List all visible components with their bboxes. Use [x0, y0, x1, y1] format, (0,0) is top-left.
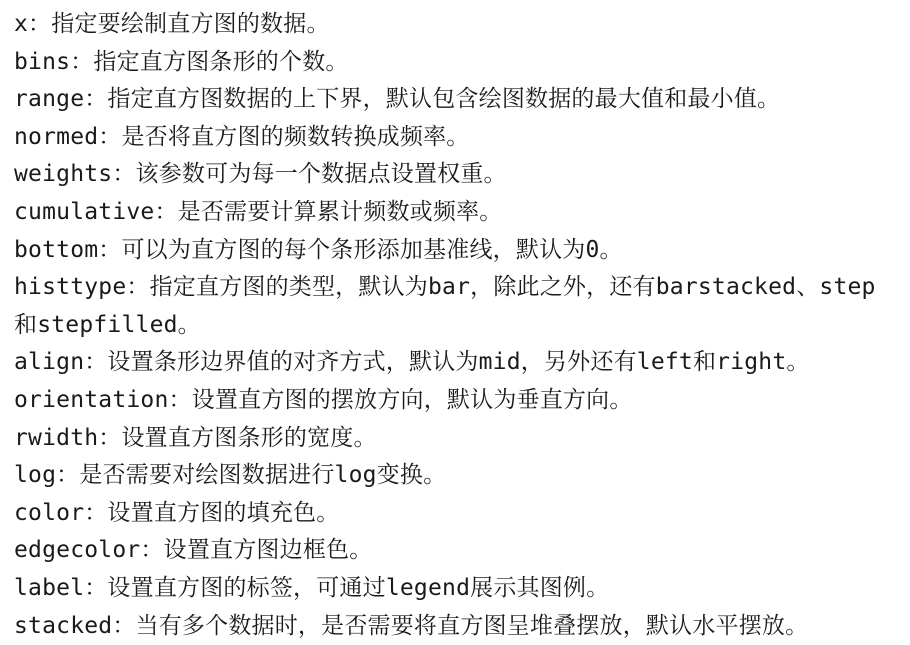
param-line-histtype-cont: 和stepfilled。	[14, 307, 900, 345]
param-line-align: align：设置条形边界值的对齐方式，默认为mid，另外还有left和right…	[14, 344, 900, 382]
document: x：指定要绘制直方图的数据。 bins：指定直方图条形的个数。 range：指定…	[0, 0, 910, 645]
param-line-cumulative: cumulative：是否需要计算累计频数或频率。	[14, 194, 900, 232]
param-line-histtype: histtype：指定直方图的类型，默认为bar，除此之外，还有barstack…	[14, 269, 900, 307]
param-line-rwidth: rwidth：设置直方图条形的宽度。	[14, 420, 900, 458]
param-line-log: log：是否需要对绘图数据进行log变换。	[14, 457, 900, 495]
param-line-weights: weights：该参数可为每一个数据点设置权重。	[14, 156, 900, 194]
param-line-color: color：设置直方图的填充色。	[14, 495, 900, 533]
param-line-bins: bins：指定直方图条形的个数。	[14, 44, 900, 82]
param-line-label: label：设置直方图的标签，可通过legend展示其图例。	[14, 570, 900, 608]
param-line-edgecolor: edgecolor：设置直方图边框色。	[14, 532, 900, 570]
param-line-range: range：指定直方图数据的上下界，默认包含绘图数据的最大值和最小值。	[14, 81, 900, 119]
param-line-x: x：指定要绘制直方图的数据。	[14, 6, 900, 44]
param-line-orientation: orientation：设置直方图的摆放方向，默认为垂直方向。	[14, 382, 900, 420]
param-line-normed: normed：是否将直方图的频数转换成频率。	[14, 119, 900, 157]
param-line-stacked: stacked：当有多个数据时，是否需要将直方图呈堆叠摆放，默认水平摆放。	[14, 608, 900, 645]
param-line-bottom: bottom：可以为直方图的每个条形添加基准线，默认为0。	[14, 232, 900, 270]
